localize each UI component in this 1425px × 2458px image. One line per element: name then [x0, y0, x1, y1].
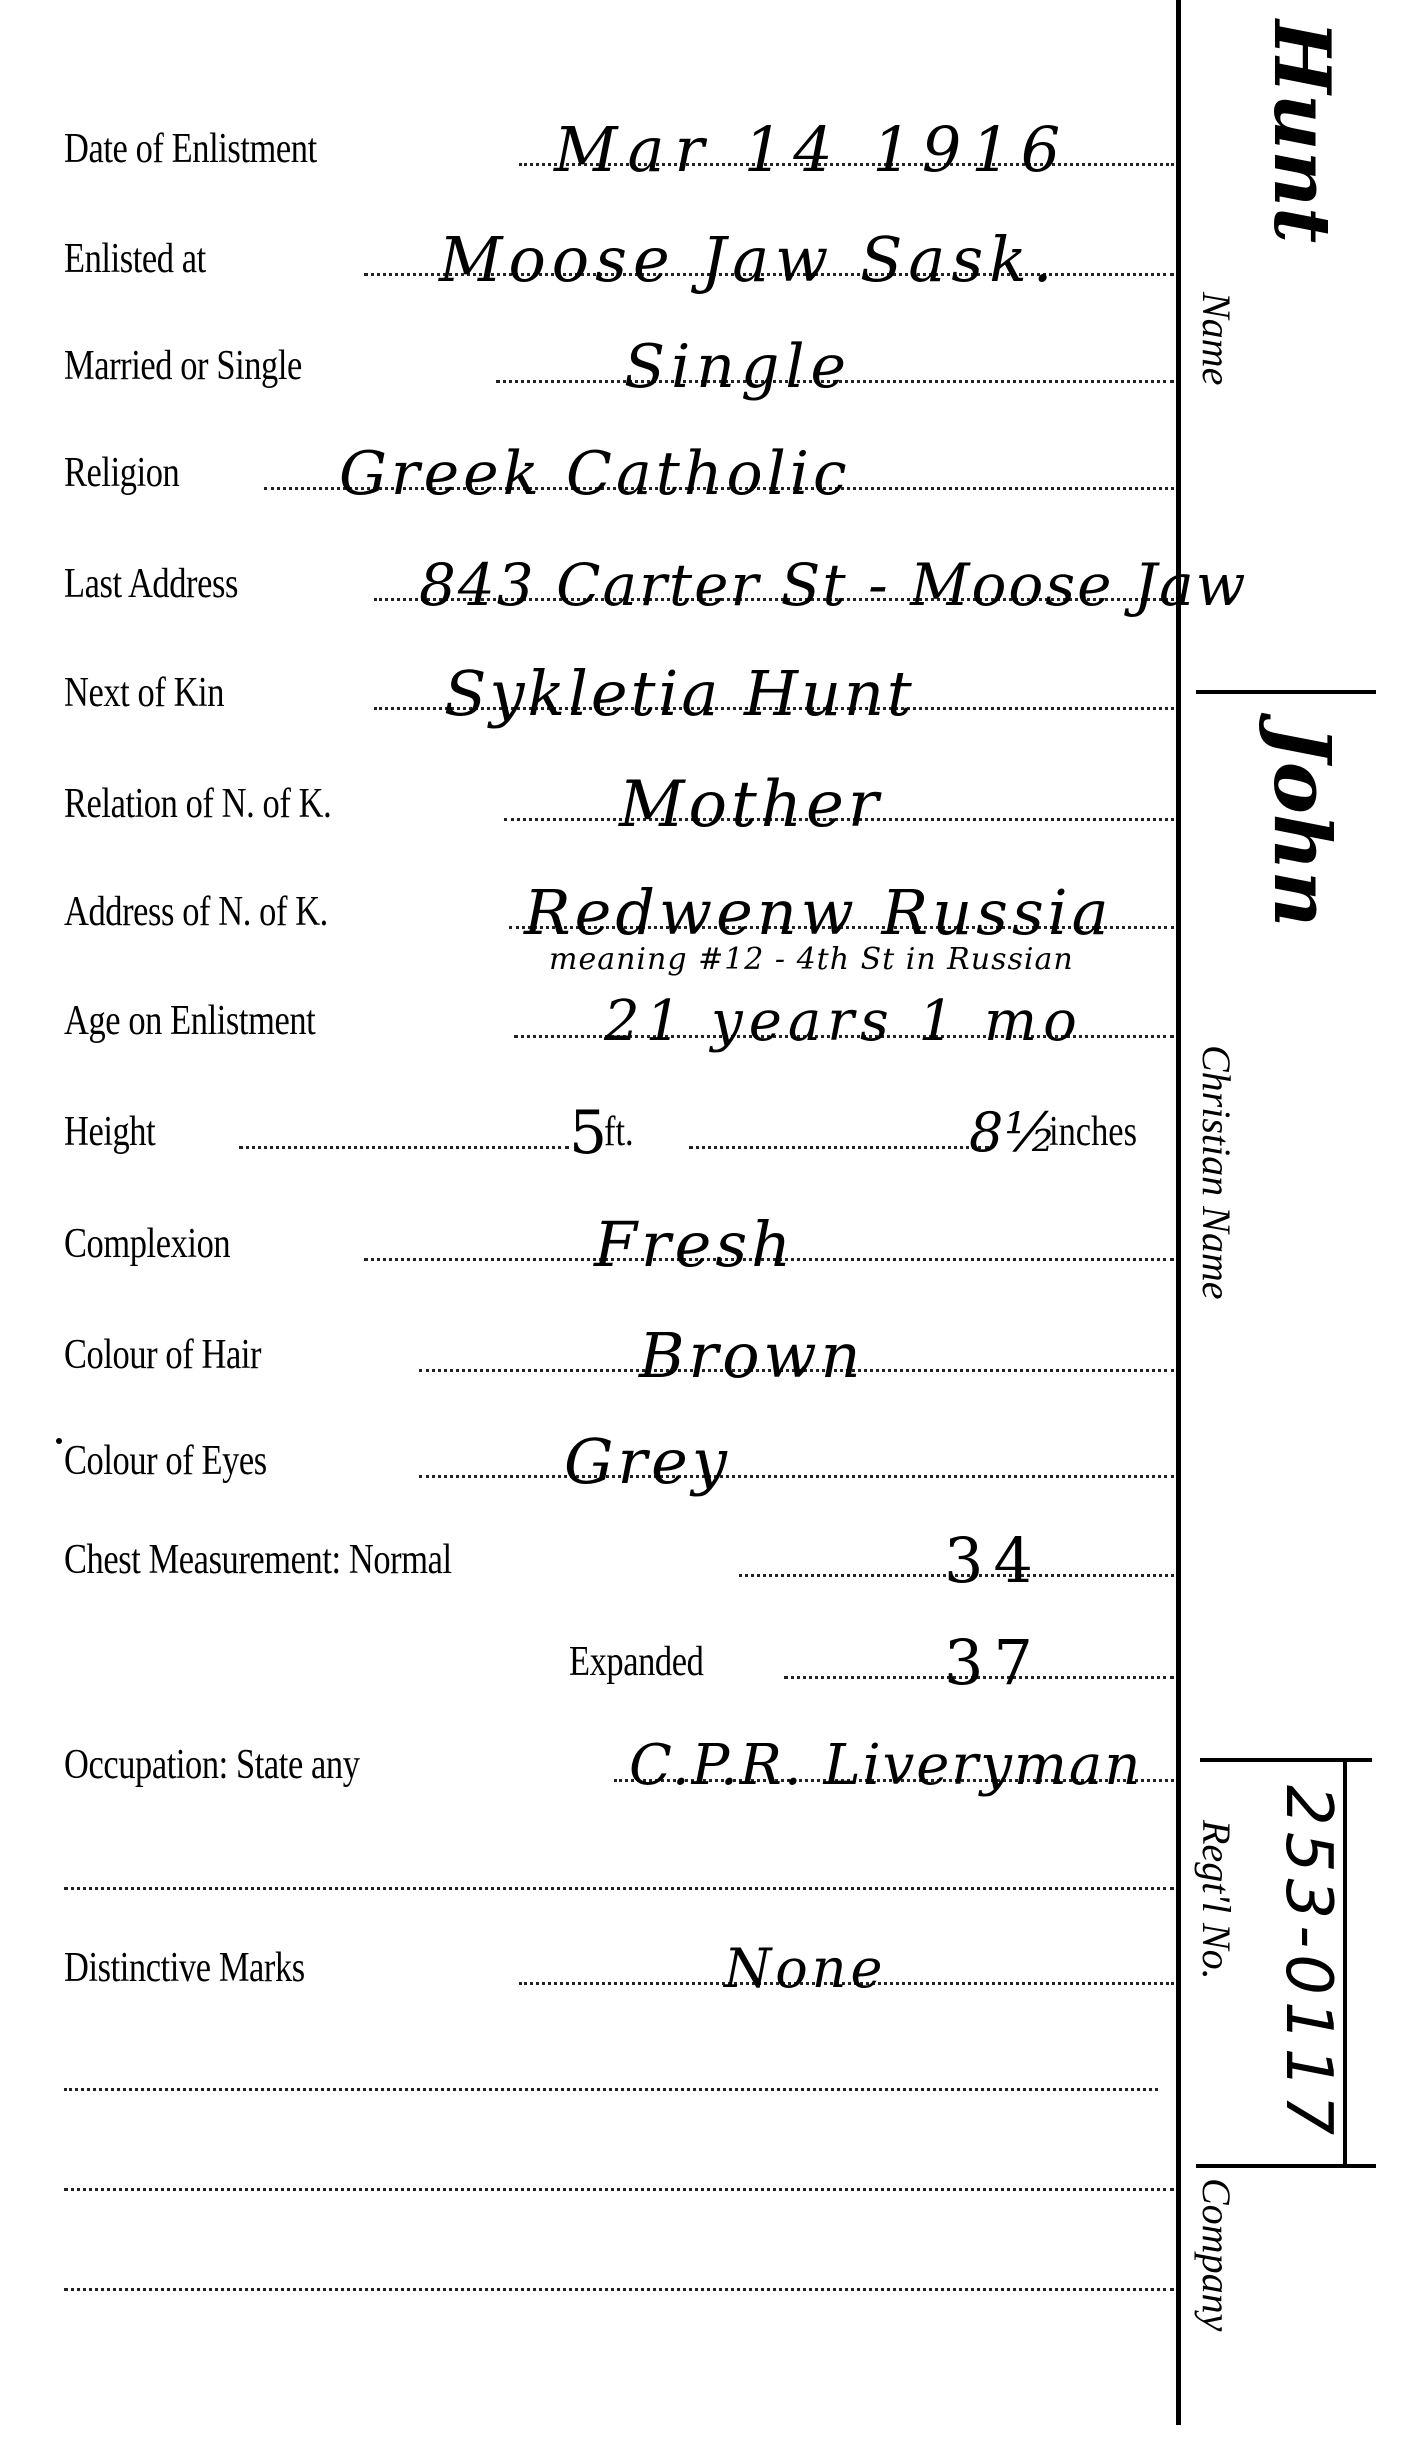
- field-next-of-kin: Next of Kin Sykletia Hunt: [64, 654, 1174, 714]
- field-age-on-enlistment: Age on Enlistment 21 years 1 mo: [64, 982, 1174, 1042]
- blank-line: [64, 2035, 1174, 2095]
- dotted-line: [239, 1146, 569, 1149]
- field-value: Moose Jaw Sask.: [439, 234, 1058, 286]
- field-label: Religion: [64, 452, 179, 494]
- dotted-line: [64, 2088, 1158, 2091]
- field-label: Enlisted at: [64, 238, 206, 280]
- field-value: Brown: [639, 1330, 865, 1382]
- field-distinctive-marks: Distinctive Marks None: [64, 1929, 1174, 1989]
- field-chest-normal: Chest Measurement: Normal 34: [64, 1521, 1174, 1581]
- field-date-of-enlistment: Date of Enlistment Mar 14 1916: [64, 110, 1174, 170]
- height-inches-unit: inches: [1049, 1111, 1137, 1153]
- field-label: Next of Kin: [64, 672, 224, 714]
- sidebar-divider: [1196, 2164, 1376, 2168]
- field-chest-expanded: Expanded 37: [64, 1623, 1174, 1683]
- dotted-line: [419, 1475, 1174, 1478]
- field-height: Height 5 ft. 8½ inches: [64, 1093, 1174, 1153]
- field-value: Grey: [564, 1436, 731, 1488]
- field-value: Sykletia Hunt: [444, 668, 915, 720]
- field-label: Age on Enlistment: [64, 1000, 315, 1042]
- field-value: None: [724, 1943, 887, 1995]
- field-label: Colour of Hair: [64, 1334, 261, 1376]
- field-occupation-continued: [64, 1834, 1174, 1894]
- christian-name-value: John: [1262, 725, 1340, 927]
- field-value: Fresh: [594, 1219, 795, 1271]
- field-label: Colour of Eyes: [64, 1440, 267, 1482]
- field-label: Relation of N. of K.: [64, 783, 331, 825]
- field-colour-of-eyes: Colour of Eyes Grey: [64, 1422, 1174, 1482]
- field-value: 37: [944, 1637, 1043, 1689]
- dotted-line: [689, 1146, 989, 1149]
- field-value: 843 Carter St - Moose Jaw: [419, 559, 1247, 611]
- field-complexion: Complexion Fresh: [64, 1205, 1174, 1265]
- surname-value: Hunt: [1262, 20, 1340, 243]
- field-label: Occupation: State any: [64, 1744, 360, 1786]
- field-label: Complexion: [64, 1223, 230, 1265]
- field-value: Redwenw Russia: [524, 887, 1113, 939]
- main-vertical-rule: [1176, 0, 1181, 2425]
- field-label: Expanded: [569, 1641, 703, 1683]
- sidebar-divider: [1196, 690, 1376, 694]
- company-label: Company: [1196, 2178, 1236, 2331]
- field-label: Married or Single: [64, 345, 302, 387]
- dotted-line: [64, 1887, 1174, 1890]
- field-value: Mar 14 1916: [554, 124, 1070, 176]
- surname-label: Name: [1196, 292, 1236, 385]
- field-label: Date of Enlistment: [64, 128, 317, 170]
- field-label: Chest Measurement: Normal: [64, 1539, 452, 1581]
- blank-line: [64, 2235, 1174, 2295]
- field-value: Greek Catholic: [339, 448, 851, 500]
- field-enlisted-at: Enlisted at Moose Jaw Sask.: [64, 220, 1174, 280]
- blank-line: [64, 2135, 1174, 2195]
- field-religion: Religion Greek Catholic: [64, 434, 1174, 494]
- field-value: C.P.R. Liveryman: [629, 1740, 1142, 1792]
- attestation-card: Date of Enlistment Mar 14 1916 Enlisted …: [0, 0, 1425, 2458]
- christian-name-label: Christian Name: [1196, 1045, 1236, 1299]
- regt-no-label: Regt'l No.: [1196, 1820, 1236, 1980]
- height-inches-value: 8½: [969, 1107, 1058, 1159]
- field-value: Single: [624, 341, 852, 393]
- field-relation-of-next-of-kin: Relation of N. of K. Mother: [64, 765, 1174, 825]
- field-value: 34: [944, 1535, 1043, 1587]
- field-address-of-next-of-kin: Address of N. of K. Redwenw Russia meani…: [64, 873, 1174, 933]
- field-married-or-single: Married or Single Single: [64, 327, 1174, 387]
- field-label: Last Address: [64, 563, 238, 605]
- dotted-line: [64, 2188, 1174, 2191]
- field-label: Height: [64, 1111, 155, 1153]
- field-last-address: Last Address 843 Carter St - Moose Jaw: [64, 545, 1174, 605]
- field-occupation: Occupation: State any C.P.R. Liveryman: [64, 1726, 1174, 1786]
- field-colour-of-hair: Colour of Hair Brown: [64, 1316, 1174, 1376]
- field-value: 21 years 1 mo: [604, 996, 1083, 1048]
- bullet-dot: [56, 1438, 62, 1444]
- height-feet-value: 5: [569, 1107, 608, 1159]
- dotted-line: [64, 2288, 1174, 2291]
- field-label: Address of N. of K.: [64, 891, 328, 933]
- regt-no-value: 253-0117: [1276, 1785, 1340, 2141]
- field-note: meaning #12 - 4th St in Russian: [549, 945, 1074, 975]
- field-value: Mother: [619, 779, 882, 831]
- field-label: Distinctive Marks: [64, 1947, 305, 1989]
- height-feet-unit: ft.: [604, 1111, 634, 1153]
